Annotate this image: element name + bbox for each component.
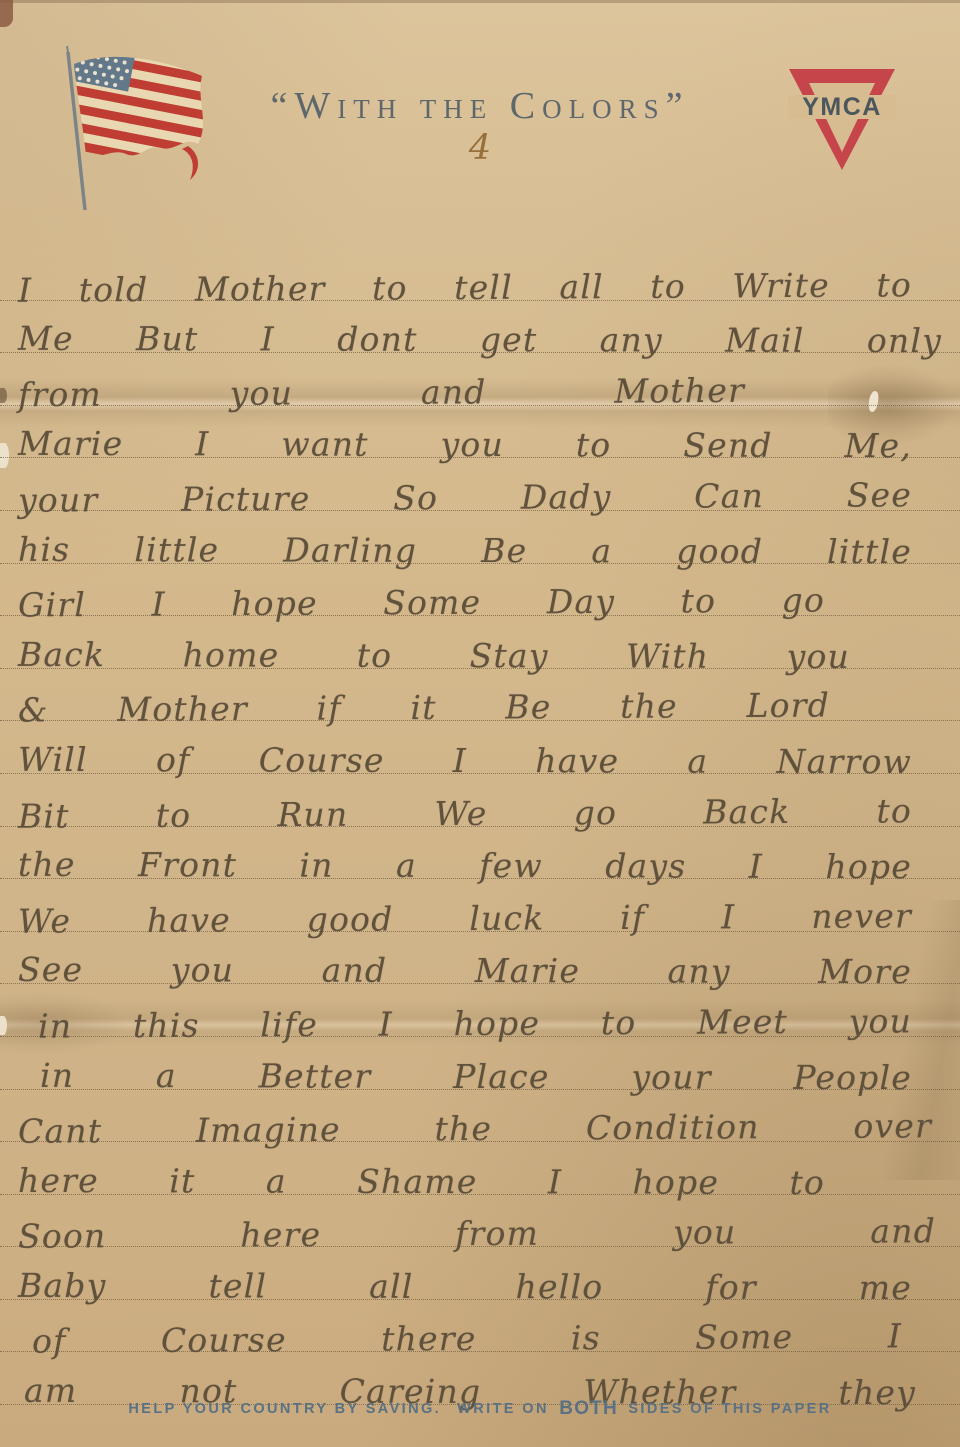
handwritten-line: I told Mother to tell all to Write to (0, 248, 960, 301)
footer-slogan-both: BOTH (559, 1398, 618, 1419)
handwritten-line: Will of Course I have a Narrow (0, 721, 960, 774)
letter-body: I told Mother to tell all to Write to Me… (0, 248, 960, 1405)
handwritten-line: of Course there is Some I (0, 1300, 960, 1353)
handwritten-line: Marie I want you to Send Me, (0, 406, 960, 459)
handwritten-line: & Mother if it Be the Lord (0, 669, 960, 722)
handwritten-line: in a Better Place your People (0, 1037, 960, 1090)
handwritten-line: Soon here from you and (0, 1195, 960, 1248)
handwritten-line: your Picture So Dady Can See (0, 458, 960, 511)
paper-top-edge (0, 0, 960, 3)
footer-slogan-part1: HELP YOUR COUNTRY BY SAVING. WRITE ON (128, 1401, 548, 1417)
handwritten-line: Cant Imagine the Condition over (0, 1090, 960, 1143)
handwritten-line: Me But I dont get any Mail only (0, 301, 960, 354)
ymca-logo-icon: YMCA (788, 68, 896, 172)
paper-stain (0, 0, 13, 27)
handwritten-line: here it a Shame I hope to (0, 1142, 960, 1195)
footer-slogan: HELP YOUR COUNTRY BY SAVING. WRITE ON BO… (0, 1398, 960, 1420)
handwritten-line: Back home to Stay With you (0, 616, 960, 669)
handwritten-line: from you and Mother (0, 353, 960, 406)
handwritten-line: in this life I hope to Meet you (0, 984, 960, 1037)
handwritten-line: Baby tell all hello for me (0, 1247, 960, 1300)
handwritten-line: his little Darling Be a good little (0, 511, 960, 564)
handwritten-line: We have good luck if I never (0, 879, 960, 932)
scanned-letter-page: “With the Colors” 4 YMCA I told Mother t… (0, 0, 960, 1447)
handwritten-line: See you and Marie any More (0, 932, 960, 985)
footer-slogan-part2: SIDES OF THIS PAPER (628, 1401, 831, 1417)
handwritten-line: the Front in a few days I hope (0, 827, 960, 880)
ymca-label: YMCA (802, 93, 882, 121)
handwritten-line: Bit to Run We go Back to (0, 774, 960, 827)
handwritten-line: Girl I hope Some Day to go (0, 564, 960, 617)
